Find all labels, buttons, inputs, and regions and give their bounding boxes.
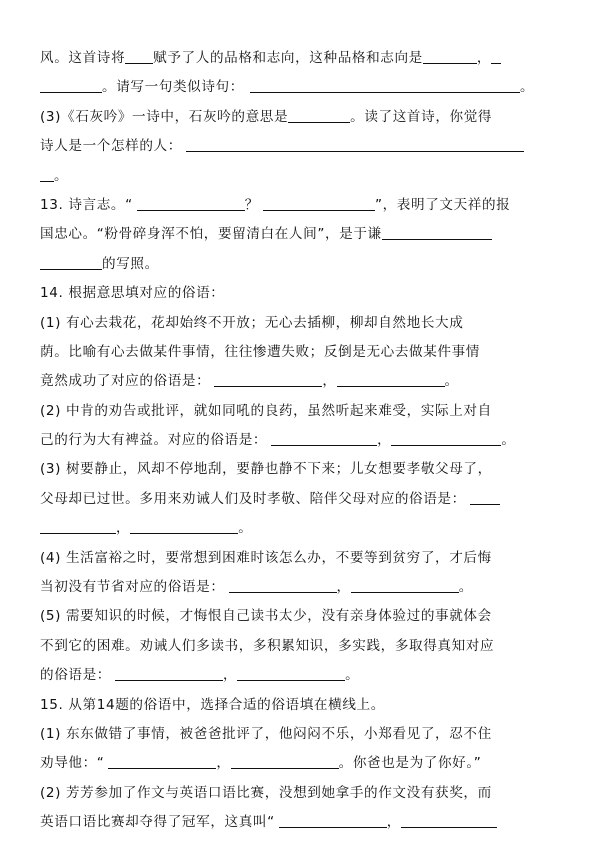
text-line: 的俗语是：，。 [40,661,556,690]
text: (1) 东东做错了事情，被爸爸批评了，他闷闷不乐，小郑看见了，忍不住 [40,726,492,742]
text: 荫。比喻有心去做某件事情，往往惨遭失败；反倒是无心去做某件事情 [40,344,480,360]
text: 15. 从第14题的俗语中，选择合适的俗语填在横线上。 [40,697,385,713]
text: ， [223,667,237,683]
text: ”，表明了文天祥的报 [375,197,510,213]
answer-blank[interactable] [137,196,245,211]
answer-blank[interactable] [279,813,387,828]
answer-blank[interactable] [130,519,238,534]
text-line: (3) 树要静止，风却不停地刮，要静也静不下来；儿女想要孝敬父母了， [40,455,556,484]
answer-blank[interactable] [108,754,216,769]
text-line: (5) 需要知识的时候，才悔恨自己读书太少，没有亲身体验过的事就体会 [40,602,556,631]
text: 。 [501,432,515,448]
text: (3)《石灰吟》一诗中，石灰吟的意思是 [40,109,288,125]
text-line: 荫。比喻有心去做某件事情，往往惨遭失败；反倒是无心去做某件事情 [40,338,556,367]
answer-blank[interactable] [214,372,322,387]
answer-blank[interactable] [337,372,445,387]
answer-blank[interactable] [423,49,477,64]
text: (1) 有心去栽花，花却始终不开放；无心去插柳，柳却自然地长大成 [40,315,463,331]
text-line: 己的行为大有裨益。对应的俗语是：，。 [40,426,556,455]
text-line: 的写照。 [40,250,556,279]
text-line: 不到它的困难。劝诫人们多读书，多积累知识，多实践，多取得真知对应 [40,632,556,661]
text: 劝导他：“ [40,755,104,771]
text: ， [337,579,351,595]
text: 。 [238,520,252,536]
answer-blank[interactable] [491,49,501,64]
text-line: 当初没有节省对应的俗语是：，。 [40,573,556,602]
text: 。 [445,373,459,389]
text: ， [116,520,130,536]
text-line: 。请写一句类似诗句：。 [40,73,556,102]
text: 。你爸也是为了你好。” [339,755,482,771]
text: (4) 生活富裕之时，要常想到困难时该怎么办，不要等到贫穷了，才后悔 [40,550,492,566]
text-line: (2) 芳芳参加了作文与英语口语比赛，没想到她拿手的作文没有获奖，而 [40,779,556,808]
text: 父母却已过世。多用来劝诫人们及时孝敬、陪伴父母对应的俗语是： [40,491,466,507]
text: 国忠心。“粉骨碎身浑不怕，要留清白在人间”，是于谦 [40,226,382,242]
text-line: 诗人是一个怎样的人： [40,132,556,161]
text-line: (4) 生活富裕之时，要常想到困难时该怎么办，不要等到贫穷了，才后悔 [40,544,556,573]
answer-blank[interactable] [351,578,459,593]
answer-blank[interactable] [237,666,345,681]
answer-blank[interactable] [229,578,337,593]
text: ， [477,50,491,66]
text: ， [216,755,230,771]
answer-blank[interactable] [40,167,54,182]
text-line: (1) 有心去栽花，花却始终不开放；无心去插柳，柳却自然地长大成 [40,309,556,338]
answer-blank[interactable] [40,519,116,534]
text-line: 英语口语比赛却夺得了冠军，这真叫“， [40,808,556,837]
text: (2) 芳芳参加了作文与英语口语比赛，没想到她拿手的作文没有获奖，而 [40,785,492,801]
text: 。请写一句类似诗句： [102,79,244,95]
answer-blank[interactable] [186,137,524,152]
answer-blank[interactable] [288,108,350,123]
text: 不到它的困难。劝诫人们多读书，多积累知识，多实践，多取得真知对应 [40,638,494,654]
worksheet-page: 风。这首诗将赋予了人的品格和志向，这种品格和志向是， 。请写一句类似诗句：。 (… [40,44,556,838]
text-line: 劝导他：“，。你爸也是为了你好。” [40,749,556,778]
text: 诗人是一个怎样的人： [40,138,182,154]
question-15-title: 15. 从第14题的俗语中，选择合适的俗语填在横线上。 [40,691,556,720]
text: 13. 诗言志。“ [40,197,133,213]
answer-blank[interactable] [271,431,377,446]
text: ？ [245,197,259,213]
text: (2) 中肯的劝告或批评，就如同吼的良药，虽然听起来难受，实际上对自 [40,403,492,419]
text: 。 [54,168,68,184]
text: ， [387,814,401,830]
answer-blank[interactable] [115,666,223,681]
text-line: (2) 中肯的劝告或批评，就如同吼的良药，虽然听起来难受，实际上对自 [40,397,556,426]
text: (3) 树要静止，风却不停地刮，要静也静不下来；儿女想要孝敬父母了， [40,461,492,477]
answer-blank[interactable] [470,490,500,505]
text-line: (3)《石灰吟》一诗中，石灰吟的意思是。读了这首诗，你觉得 [40,103,556,132]
answer-blank[interactable] [40,255,102,270]
text-line: ，。 [40,514,556,543]
text: 。 [459,579,473,595]
text: 己的行为大有裨益。对应的俗语是： [40,432,267,448]
answer-blank[interactable] [263,196,375,211]
text-line: (1) 东东做错了事情，被爸爸批评了，他闷闷不乐，小郑看见了，忍不住 [40,720,556,749]
text-line: 竟然成功了对应的俗语是：，。 [40,367,556,396]
text-line: 风。这首诗将赋予了人的品格和志向，这种品格和志向是， [40,44,556,73]
text: 。读了这首诗，你觉得 [350,109,492,125]
answer-blank[interactable] [40,78,102,93]
text: 的写照。 [102,256,159,272]
answer-blank[interactable] [401,813,497,828]
text: 。 [345,667,359,683]
text: 风。这首诗将 [40,50,125,66]
question-14-title: 14. 根据意思填对应的俗语： [40,279,556,308]
text: 当初没有节省对应的俗语是： [40,579,225,595]
answer-blank[interactable] [250,78,520,93]
answer-blank[interactable] [125,49,153,64]
text: 竟然成功了对应的俗语是： [40,373,210,389]
answer-blank[interactable] [382,225,492,240]
text-line: 父母却已过世。多用来劝诫人们及时孝敬、陪伴父母对应的俗语是： [40,485,556,514]
text: 的俗语是： [40,667,111,683]
text-line: 国忠心。“粉骨碎身浑不怕，要留清白在人间”，是于谦 [40,220,556,249]
text: ， [322,373,336,389]
text: 。 [520,79,534,95]
text: ， [377,432,391,448]
answer-blank[interactable] [391,431,501,446]
text: 14. 根据意思填对应的俗语： [40,285,224,301]
question-13-line: 13. 诗言志。“？”，表明了文天祥的报 [40,191,556,220]
text: 赋予了人的品格和志向，这种品格和志向是 [153,50,423,66]
text-line: 。 [40,162,556,191]
text: 英语口语比赛却夺得了冠军，这真叫“ [40,814,275,830]
text: (5) 需要知识的时候，才悔恨自己读书太少，没有亲身体验过的事就体会 [40,608,492,624]
answer-blank[interactable] [231,754,339,769]
